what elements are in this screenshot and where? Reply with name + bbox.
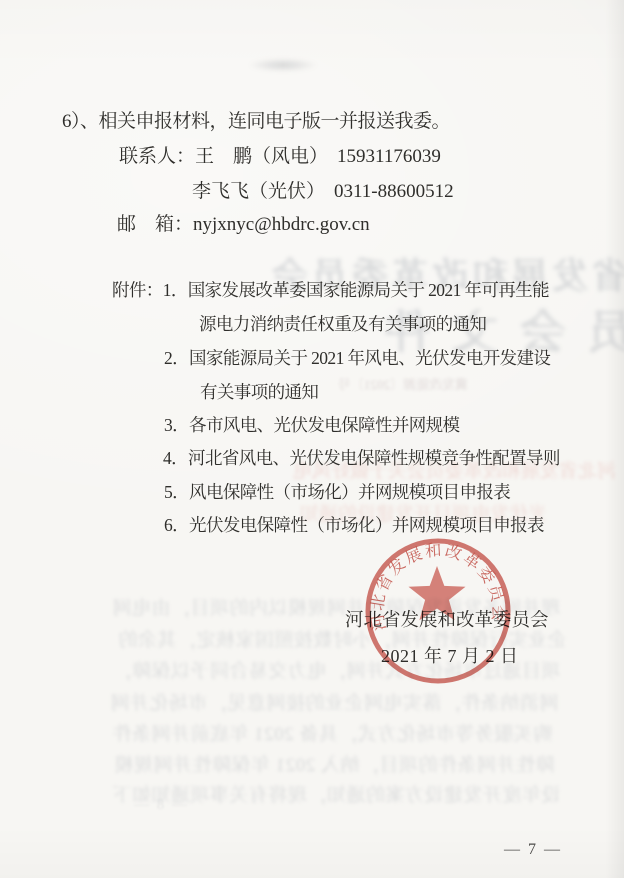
contact-name-solar: 李飞飞（光伏） — [192, 181, 325, 202]
contact-label: 联系人： — [119, 146, 195, 167]
official-seal-stamp: 河北省发展和改革委员会 — [358, 531, 518, 691]
attachment-line-6: 4．河北省风电、光伏发电保障性规模竞争性配置导则 — [163, 448, 560, 470]
page-number: — 7 — — [504, 840, 562, 860]
bleedthrough-body-line: 购买服务等市场化方式，具备 2021 年底前并网条件 — [112, 719, 553, 746]
attachment-line-2: 源电力消纳责任权重及有关事项的通知 — [199, 314, 486, 336]
contact-row-wind: 联系人：王 鹏（风电）15931176039 — [119, 145, 441, 169]
attachment-line-1: 附件：1．国家发展改革委国家能源局关于 2021 年可再生能 — [112, 280, 549, 302]
attachment-line-7: 5．风电保障性（市场化）并网规模项目申报表 — [164, 482, 510, 504]
attachment-line-4: 有关事项的通知 — [200, 382, 318, 404]
scan-smudge — [248, 58, 318, 72]
bleedthrough-doc-number: 冀发改能源〔2021〕号 — [338, 374, 468, 393]
intro-paragraph: 6）、相关申报材料，连同电子版一并报送我委。 — [62, 110, 450, 134]
attachment-line-5: 3．各市风电、光伏发电保障性并网规模 — [164, 415, 459, 437]
contact-phone-solar: 0311-88600512 — [334, 181, 454, 202]
contact-phone-wind: 15931176039 — [337, 146, 441, 167]
email-address: nyjxnyc@hbdrc.gov.cn — [193, 214, 370, 235]
bleedthrough-verso-page-number: — 8 — — [132, 797, 187, 814]
star-icon — [409, 566, 466, 620]
contact-name-wind: 王 鹏（风电） — [195, 146, 328, 167]
attachment-line-3: 2．国家能源局关于 2021 年风电、光伏发电开发建设 — [164, 348, 550, 370]
bleedthrough-body-line: 障性并网条件的项目，纳入 2021 年保障性并网规模 — [114, 750, 555, 777]
email-row: 邮 箱：nyjxnyc@hbdrc.gov.cn — [117, 213, 370, 237]
scanned-document-page: 省发展和改革委员会 员会文件 冀发改能源〔2021〕号 河北省发展和改革委员会关… — [0, 0, 624, 878]
contact-row-solar: 李飞飞（光伏）0311-88600512 — [192, 180, 454, 204]
bleedthrough-body-line: 网消纳条件，落实电网企业的接网意见，市场化并网 — [110, 688, 559, 715]
email-label: 邮 箱： — [117, 214, 193, 235]
